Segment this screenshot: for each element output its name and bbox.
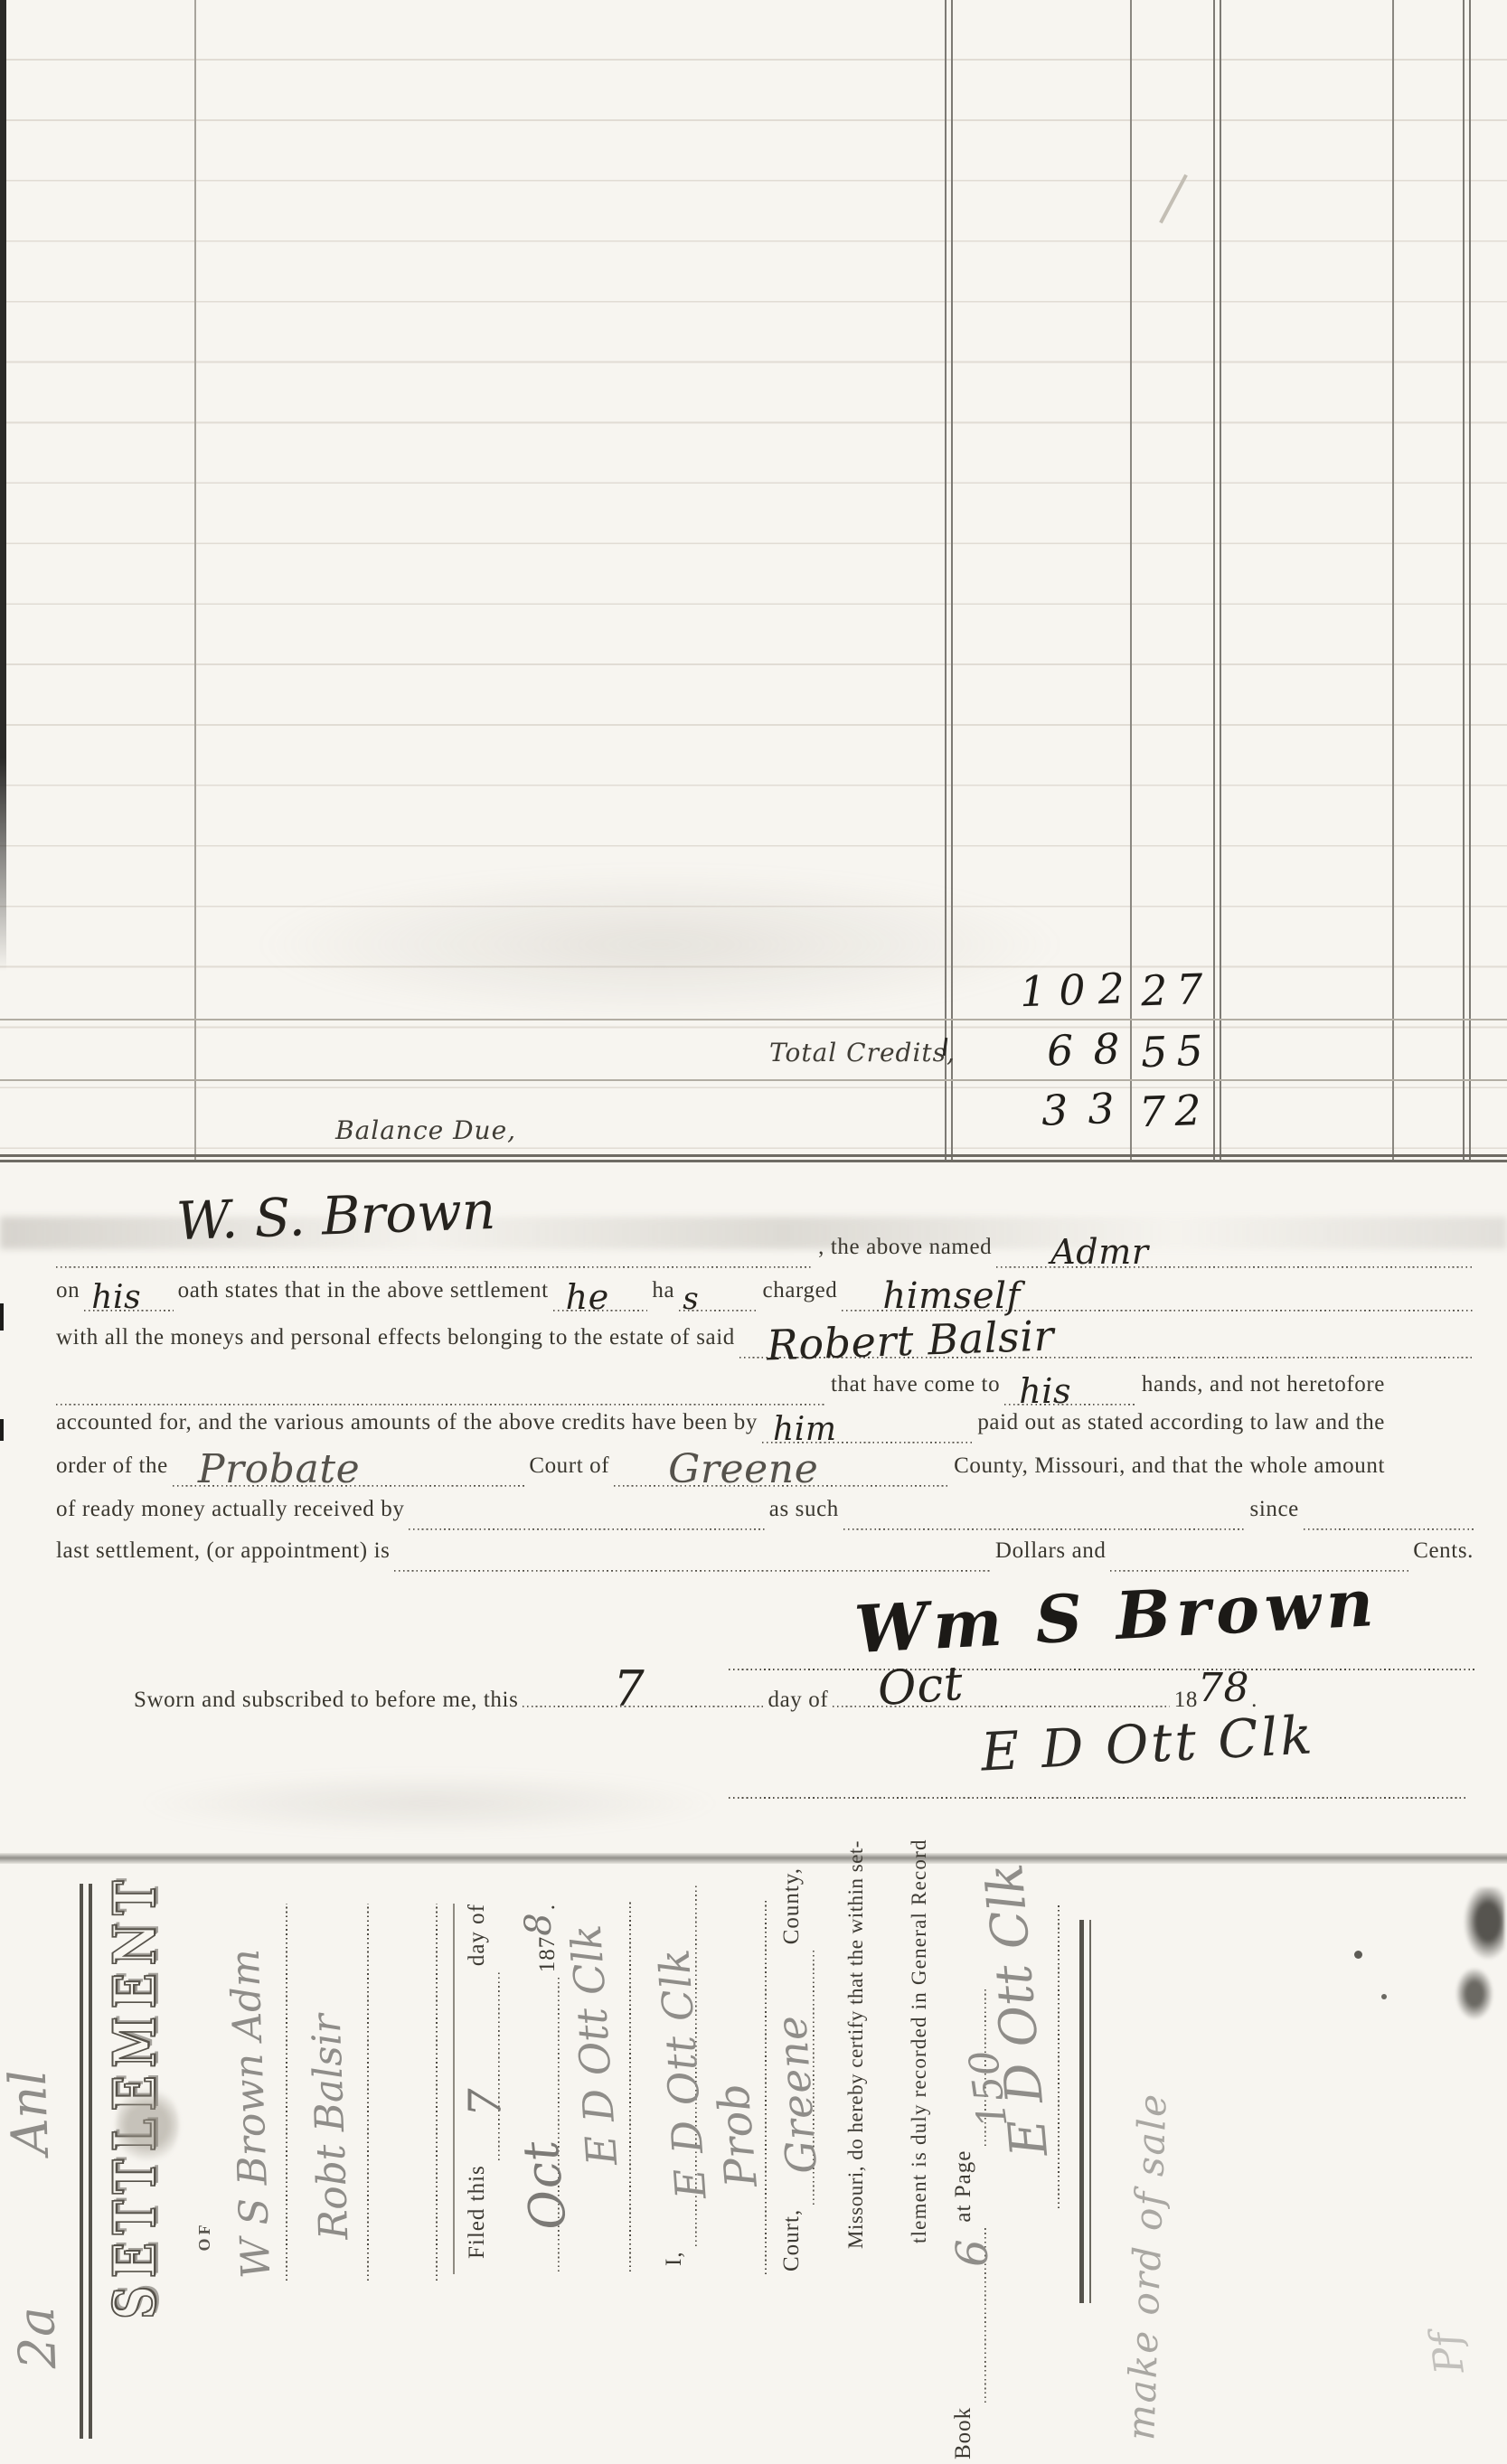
paper-smudge <box>136 1772 723 1835</box>
printed-sworn: Sworn and subscribed to before me, this <box>134 1688 523 1713</box>
scan-edge-mark <box>0 1303 4 1331</box>
docket-month-line: Oct 187 8 . <box>524 1899 566 2271</box>
printed-county-missouri: County, Missouri, and that the whole amo… <box>949 1453 1385 1479</box>
printed-court: Court, <box>779 2205 805 2279</box>
docket-book-line: Book 6 at Page 150 <box>951 1989 993 2459</box>
balance-due-label: Balance Due, <box>335 1115 516 1145</box>
docket-estate-script: Robt Balsir <box>307 2014 355 2241</box>
amount-cents: 27 <box>1140 968 1212 1012</box>
docket-annotation-script: 2a Anl <box>0 1889 64 2370</box>
docket-panel: 2a Anl SETTLEMENT OF W S Brown Adm Robt … <box>0 1862 1507 2464</box>
docket-title: SETTLEMENT <box>101 1873 169 2319</box>
docket-clerk2-script: E D Ott Clk <box>653 1947 711 2200</box>
amount-cents: 72 <box>1138 1089 1210 1133</box>
admr-script: Admr <box>1050 1235 1148 1269</box>
affidavit-line-1: , the above named Admr <box>56 1235 1474 1274</box>
signature-line <box>729 1669 1476 1670</box>
estate-name-script: Robert Balsir <box>766 1314 1055 1366</box>
printed-estate-line: with all the moneys and personal effects… <box>56 1325 739 1350</box>
printed-court-of: Court of <box>524 1453 614 1479</box>
ledger-bottom-rule <box>0 1154 1507 1157</box>
ledger-section <box>0 0 1507 1162</box>
probate-script: Probate <box>198 1450 360 1490</box>
printed-on: on <box>56 1278 84 1303</box>
printed-book: Book <box>951 2403 976 2459</box>
docket-separator-rule <box>453 1904 455 2274</box>
printed-as-such: as such <box>765 1497 843 1522</box>
printed-come-to: that have come to <box>826 1372 1004 1397</box>
himself-script: himself <box>882 1278 1020 1314</box>
docket-certify-line-1: Missouri, do hereby certify that the wit… <box>844 1866 868 2249</box>
docket-of-label: OF <box>195 2209 214 2263</box>
docket-filed-line: Filed this 7 day of <box>465 1899 506 2271</box>
docket-county-script: Greene <box>770 2013 823 2175</box>
amount-cents: 55 <box>1140 1030 1212 1074</box>
printed-order-of: order of the <box>56 1453 173 1479</box>
printed-above-named: , the above named <box>814 1235 996 1260</box>
docket-clerk1-line <box>629 1901 631 2271</box>
docket-court-type-line <box>765 1901 767 2274</box>
ledger-row-rule <box>0 1079 1507 1081</box>
his-script: his <box>91 1282 141 1314</box>
docket-court-line: Court, Greene County, <box>779 1867 821 2279</box>
affidavit-line-3: with all the moneys and personal effects… <box>56 1325 1474 1365</box>
he-script: he <box>566 1280 609 1314</box>
printed-cents: Cents. <box>1408 1538 1474 1564</box>
printed-dollars-and: Dollars and <box>991 1538 1111 1564</box>
printed-year-187: 187 <box>535 1936 560 1978</box>
docket-estate-line <box>367 1904 369 2281</box>
scanned-settlement-document: Total Credits, Balance Due, 102 27 68 55… <box>0 0 1507 2464</box>
docket-year-script: 8 <box>521 1912 557 1935</box>
docket-bottom-rule <box>1079 1920 1091 2303</box>
printed-day-of: day of <box>763 1688 833 1713</box>
printed-at-page: at Page <box>951 2146 976 2227</box>
affidavit-line-4: that have come to his hands, and not her… <box>56 1372 1385 1412</box>
ledger-column-rule <box>945 0 947 1162</box>
him-script: him <box>773 1414 837 1446</box>
printed-period: . <box>535 1899 560 1912</box>
docket-party-line <box>286 1904 287 2281</box>
pencil-note-script: make ord of sale <box>1122 2092 1172 2440</box>
docket-clerk3-line <box>1058 1905 1060 2208</box>
printed-ready-money: of ready money actually received by <box>56 1497 409 1522</box>
docket-clerk1-script: E D Ott Clk <box>565 1923 623 2167</box>
his-script: his <box>1019 1374 1071 1408</box>
docket-month-script: Oct <box>516 2138 574 2232</box>
s-script: s <box>683 1284 699 1314</box>
docket-day-script: 7 <box>463 2087 508 2117</box>
amount-dollars: 102 <box>1019 967 1137 1013</box>
scan-edge-mark <box>0 1419 4 1441</box>
printed-ha: ha <box>647 1278 679 1303</box>
printed-day-of: day of <box>465 1899 490 1970</box>
printed-hands: hands, and not heretofore <box>1137 1372 1385 1397</box>
ledger-row-rule <box>0 1019 1507 1020</box>
printed-year-18: 18 <box>1170 1688 1198 1713</box>
printed-paid-out: paid out as stated according to law and … <box>973 1410 1385 1435</box>
month-script: Oct <box>877 1660 965 1713</box>
docket-party-script: W S Brown Adm <box>226 1948 278 2279</box>
docket-top-rule <box>80 1884 92 2439</box>
printed-oath: oath states that in the above settlement <box>174 1278 553 1303</box>
printed-filed-this: Filed this <box>465 2160 490 2271</box>
ledger-column-rule <box>1392 0 1394 1162</box>
docket-i-line: I, E D Ott Clk <box>662 1886 703 2271</box>
sworn-line: Sworn and subscribed to before me, this … <box>134 1674 1262 1714</box>
affidavit-line-2: on his oath states that in the above set… <box>56 1278 1474 1318</box>
docket-court-type-script: Prob <box>711 2082 764 2189</box>
docket-blank-line <box>436 1904 438 2281</box>
ledger-column-rule <box>951 0 953 1162</box>
ledger-column-rule <box>1463 0 1465 1162</box>
docket-certify-line-2: tlement is duly recorded in General Reco… <box>908 1864 931 2243</box>
printed-accounted: accounted for, and the various amounts o… <box>56 1410 762 1435</box>
day-number-script: 7 <box>613 1665 645 1714</box>
clerk-signature-line <box>729 1797 1466 1799</box>
docket-book-num-script: 6 <box>951 2238 994 2267</box>
signature-script: Wm S Brown <box>853 1570 1380 1662</box>
total-credits-label: Total Credits, <box>769 1038 956 1067</box>
greene-script: Greene <box>668 1450 818 1490</box>
printed-since: since <box>1246 1497 1304 1522</box>
printed-last-settlement: last settlement, (or appointment) is <box>56 1538 394 1564</box>
affidavit-line-5: accounted for, and the various amounts o… <box>56 1410 1385 1450</box>
clerk-signature-script: E D Ott Clk <box>980 1708 1316 1778</box>
printed-i: I, <box>662 2246 687 2271</box>
year-script: 78 <box>1198 1669 1249 1708</box>
printed-charged: charged <box>758 1278 843 1303</box>
ledger-column-rule <box>1213 0 1215 1162</box>
ledger-column-rule <box>1220 0 1221 1162</box>
printed-county: County, <box>779 1867 805 1949</box>
pencil-mark-script: Pf <box>1426 2329 1471 2376</box>
ledger-bottom-rule <box>0 1160 1507 1162</box>
ledger-left-margin-rule <box>194 0 196 1162</box>
ledger-column-rule <box>1469 0 1471 1162</box>
affidavit-line-7: of ready money actually received by as s… <box>56 1497 1474 1537</box>
amount-dollars: 33 <box>1041 1086 1135 1132</box>
affidavit-line-6: order of the Probate Court of Greene Cou… <box>56 1453 1385 1493</box>
amount-dollars: 68 <box>1046 1027 1140 1072</box>
